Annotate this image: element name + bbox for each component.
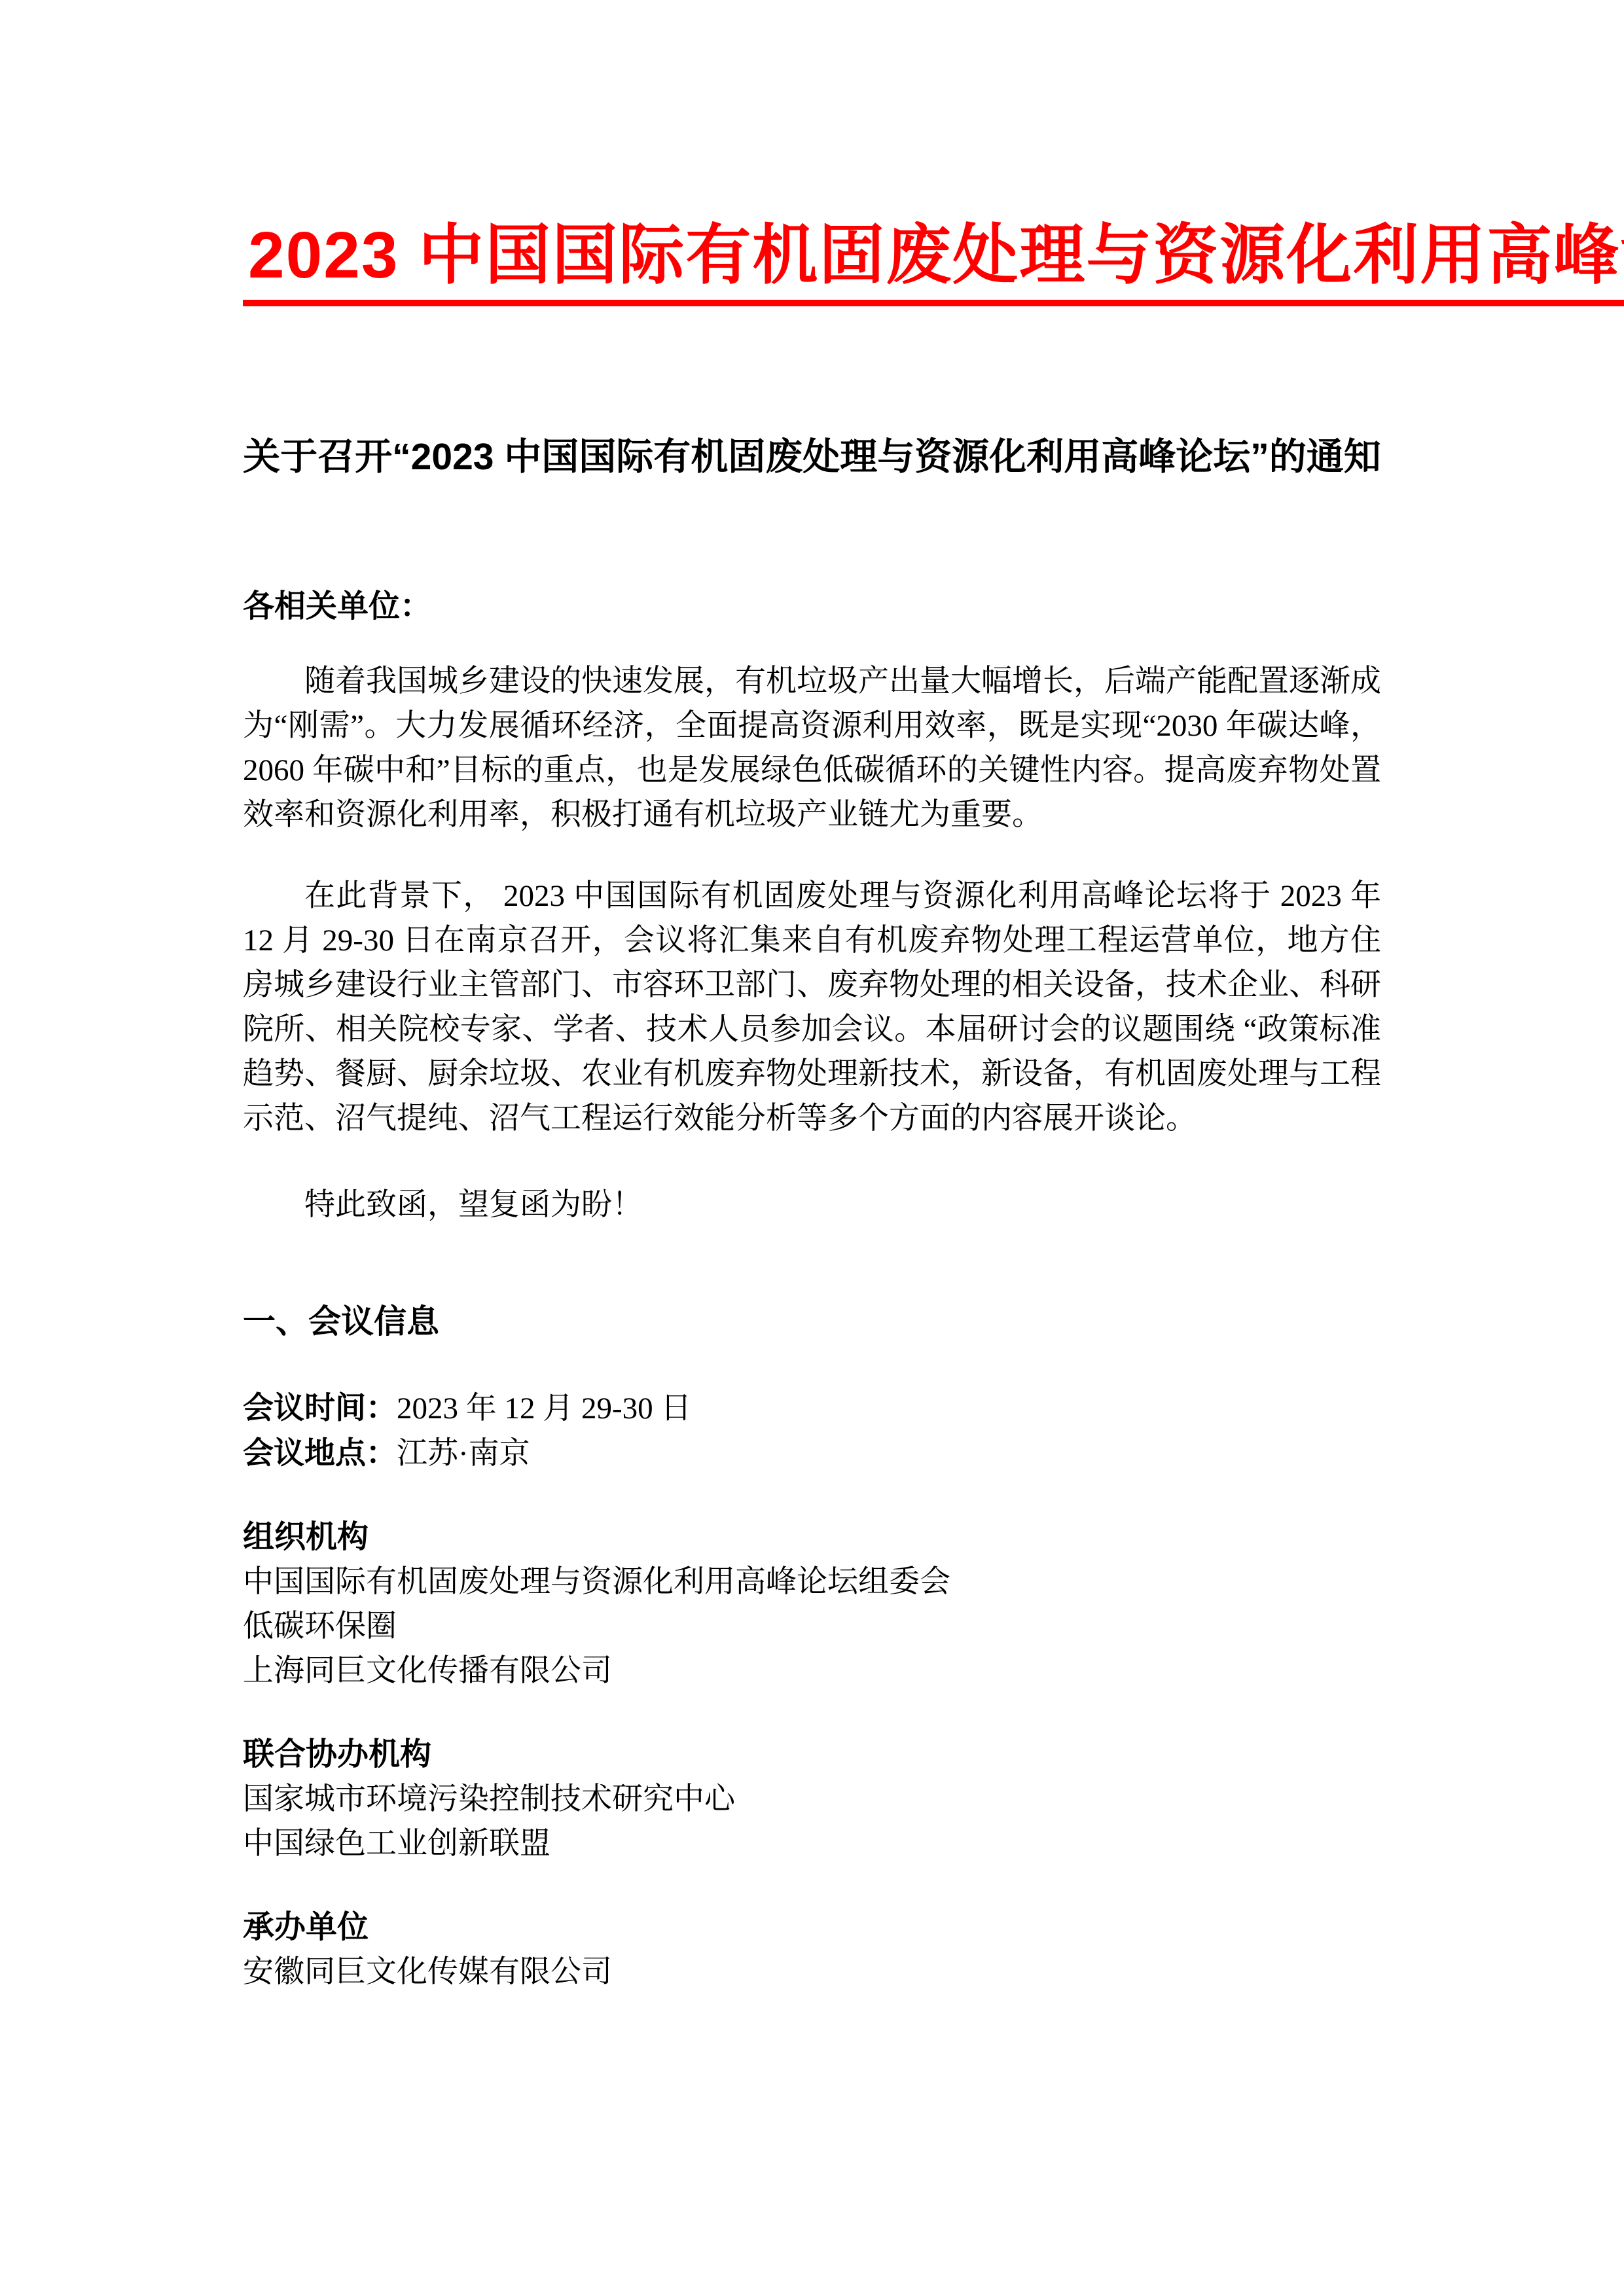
salutation: 各相关单位：	[243, 584, 1381, 629]
meeting-venue-label: 会议地点：	[243, 1435, 397, 1470]
doc-title-text: 2023 中国国际有机固废处理与资源化利用高峰论坛	[243, 216, 1624, 306]
paragraph-conference-intro: 在此背景下， 2023 中国国际有机固废处理与资源化利用高峰论坛将于 2023 …	[243, 874, 1381, 1141]
organizer-item: 低碳环保圈	[243, 1604, 1381, 1649]
co-organizer-item: 国家城市环境污染控制技术研究中心	[243, 1777, 1381, 1821]
undertaker-item: 安徽同巨文化传媒有限公司	[243, 1950, 1381, 1994]
meeting-time-label: 会议时间：	[243, 1390, 397, 1425]
organizer-item: 中国国际有机固废处理与资源化利用高峰论坛组委会	[243, 1560, 1381, 1604]
meeting-info-block: 会议时间：2023 年 12 月 29-30 日 会议地点：江苏·南京	[243, 1386, 1381, 1476]
group-undertaker-heading: 承办单位	[243, 1905, 1381, 1950]
group-co-organizers: 联合协办机构 国家城市环境污染控制技术研究中心 中国绿色工业创新联盟	[243, 1732, 1381, 1866]
doc-subtitle: 关于召开“2023 中国国际有机固废处理与资源化利用高峰论坛”的通知	[243, 434, 1381, 480]
organizer-item: 上海同巨文化传播有限公司	[243, 1649, 1381, 1693]
meeting-venue-line: 会议地点：江苏·南京	[243, 1431, 1381, 1476]
closing-line: 特此致函，望复函为盼！	[243, 1183, 1381, 1227]
group-organizers-heading: 组织机构	[243, 1515, 1381, 1560]
document-page: 2023 中国国际有机固废处理与资源化利用高峰论坛 关于召开“2023 中国国际…	[0, 0, 1624, 2296]
co-organizer-item: 中国绿色工业创新联盟	[243, 1821, 1381, 1866]
meeting-time-value: 2023 年 12 月 29-30 日	[397, 1391, 691, 1426]
group-organizers: 组织机构 中国国际有机固废处理与资源化利用高峰论坛组委会 低碳环保圈 上海同巨文…	[243, 1515, 1381, 1693]
paragraph-background: 随着我国城乡建设的快速发展，有机垃圾产出量大幅增长，后端产能配置逐渐成为“刚需”…	[243, 659, 1381, 837]
group-co-organizers-heading: 联合协办机构	[243, 1732, 1381, 1777]
doc-title: 2023 中国国际有机固废处理与资源化利用高峰论坛	[243, 216, 1381, 306]
meeting-time-line: 会议时间：2023 年 12 月 29-30 日	[243, 1386, 1381, 1431]
section-heading-meeting-info: 一、会议信息	[243, 1299, 1381, 1344]
meeting-venue-value: 江苏·南京	[397, 1437, 530, 1471]
group-undertaker: 承办单位 安徽同巨文化传媒有限公司	[243, 1905, 1381, 1994]
